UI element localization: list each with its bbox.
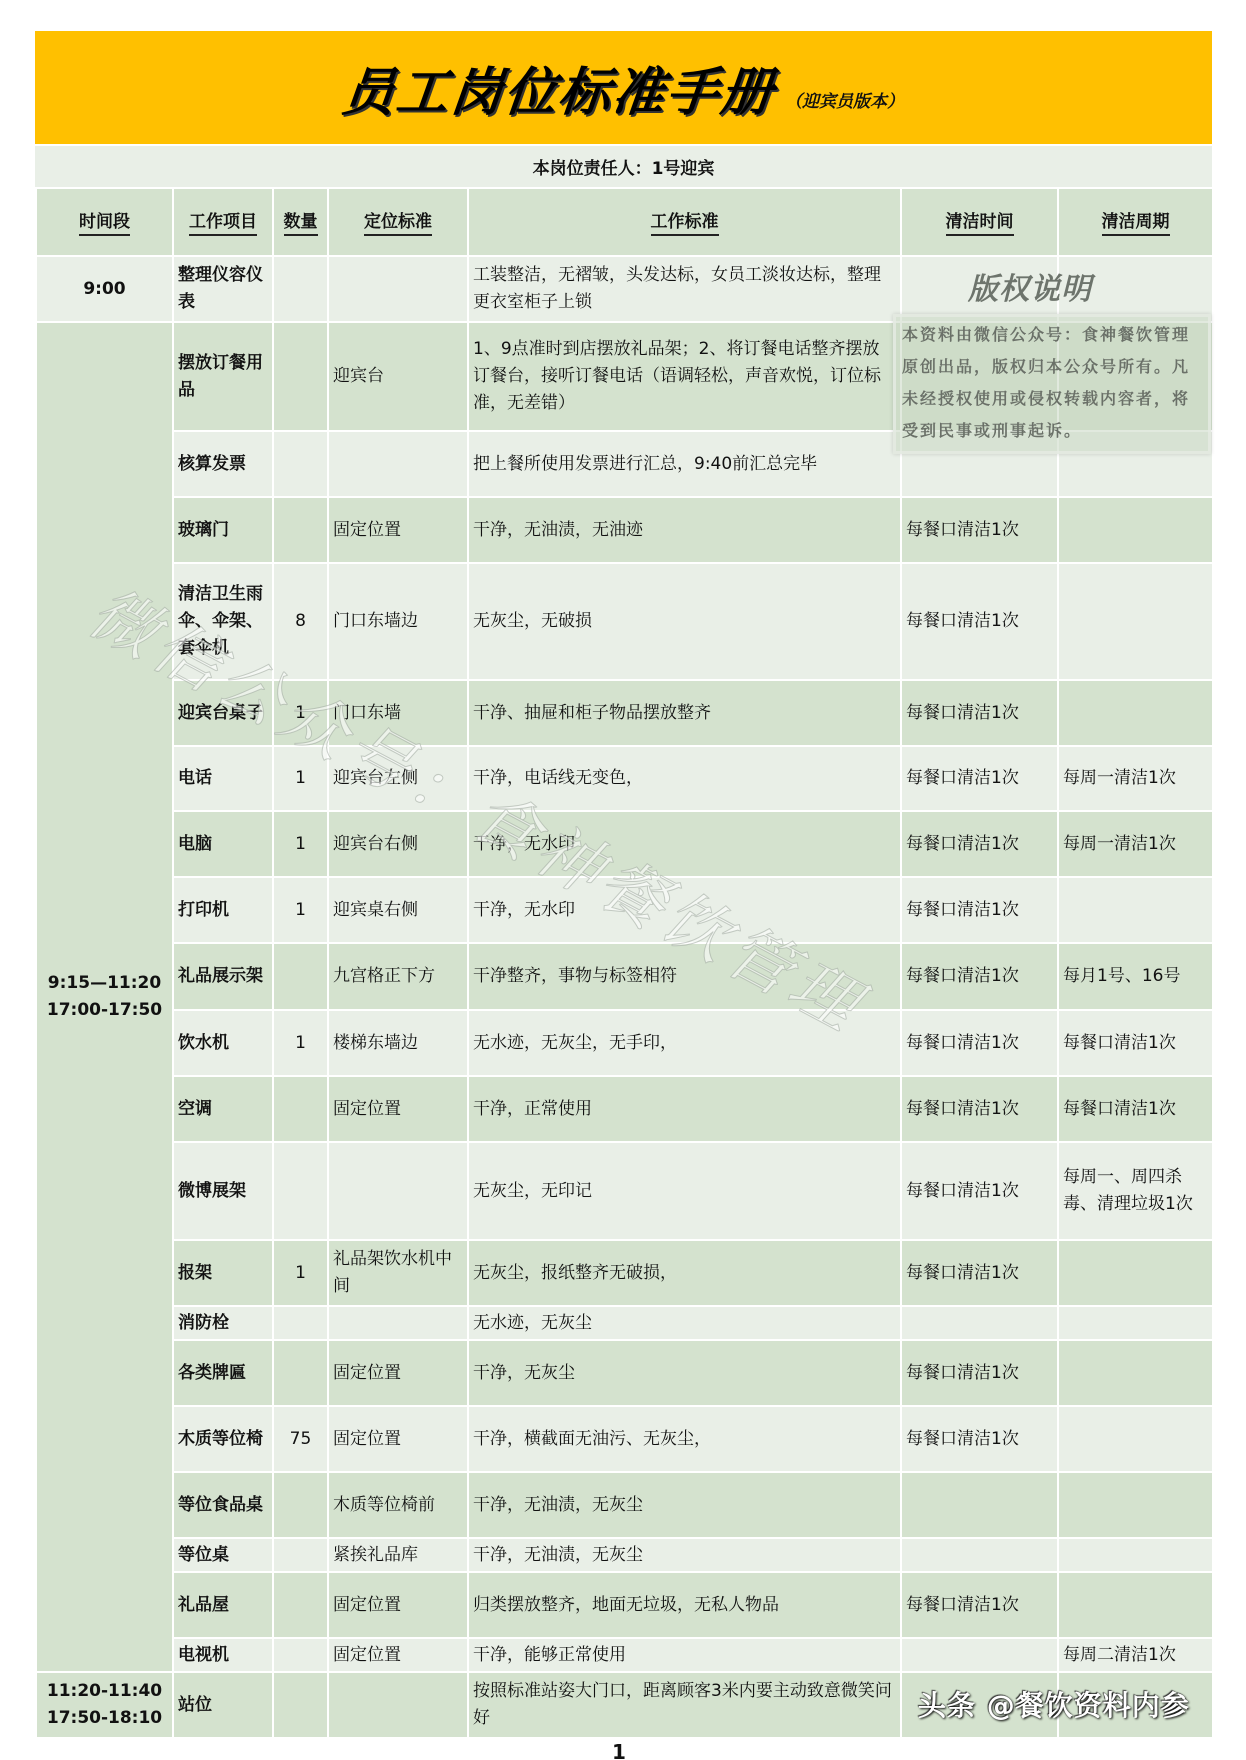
time-slot-cell: 9:00 bbox=[36, 256, 173, 322]
cell-item: 电视机 bbox=[173, 1638, 273, 1672]
cell-clean-cycle: 每周一、周四杀毒、清理垃圾1次 bbox=[1058, 1142, 1213, 1240]
page-title: 员工岗位标准手册 bbox=[339, 50, 779, 125]
cell-qty bbox=[273, 1572, 328, 1638]
cell-position: 固定位置 bbox=[328, 497, 468, 563]
cell-qty bbox=[273, 1340, 328, 1406]
cell-qty bbox=[273, 256, 328, 322]
cell-standard: 干净，无油渍，无灰尘 bbox=[468, 1472, 901, 1538]
cell-item: 报架 bbox=[173, 1240, 273, 1306]
cell-clean-cycle bbox=[1058, 1472, 1213, 1538]
cell-qty bbox=[273, 1538, 328, 1572]
table-row: 报架1礼品架饮水机中间无灰尘，报纸整齐无破损，每餐口清洁1次 bbox=[36, 1240, 1213, 1306]
cell-standard: 干净、抽屉和柜子物品摆放整齐 bbox=[468, 680, 901, 746]
cell-item: 清洁卫生雨伞、伞架、套伞机 bbox=[173, 563, 273, 680]
cell-standard: 工装整洁，无褶皱，头发达标，女员工淡妆达标，整理更衣室柜子上锁 bbox=[468, 256, 901, 322]
cell-clean-cycle bbox=[1058, 1240, 1213, 1306]
table-row: 空调固定位置干净，正常使用每餐口清洁1次每餐口清洁1次 bbox=[36, 1076, 1213, 1142]
cell-clean-cycle: 每周一清洁1次 bbox=[1058, 746, 1213, 811]
table-row: 饮水机1楼梯东墙边无水迹，无灰尘，无手印，每餐口清洁1次每餐口清洁1次 bbox=[36, 1010, 1213, 1076]
cell-clean-cycle: 每周一清洁1次 bbox=[1058, 811, 1213, 877]
cell-clean-time: 每餐口清洁1次 bbox=[901, 1406, 1058, 1472]
cell-position: 礼品架饮水机中间 bbox=[328, 1240, 468, 1306]
cell-qty bbox=[273, 497, 328, 563]
table-row: 微博展架无灰尘，无印记每餐口清洁1次每周一、周四杀毒、清理垃圾1次 bbox=[36, 1142, 1213, 1240]
cell-position: 楼梯东墙边 bbox=[328, 1010, 468, 1076]
cell-clean-cycle: 每餐口清洁1次 bbox=[1058, 1076, 1213, 1142]
table-row: 电话1迎宾台左侧干净，电话线无变色，每餐口清洁1次每周一清洁1次 bbox=[36, 746, 1213, 811]
cell-item: 礼品展示架 bbox=[173, 943, 273, 1010]
cell-item: 摆放订餐用品 bbox=[173, 322, 273, 431]
col-header-time: 时间段 bbox=[36, 188, 173, 256]
cell-clean-cycle: 每周二清洁1次 bbox=[1058, 1638, 1213, 1672]
time-slot-cell: 9:15—11:2017:00-17:50 bbox=[36, 322, 173, 1672]
cell-position bbox=[328, 1142, 468, 1240]
cell-clean-time bbox=[901, 1538, 1058, 1572]
cell-standard: 干净整齐，事物与标签相符 bbox=[468, 943, 901, 1010]
page-number: 1 bbox=[612, 1740, 626, 1760]
cell-position bbox=[328, 1306, 468, 1340]
cell-position: 迎宾台右侧 bbox=[328, 811, 468, 877]
cell-clean-time: 每餐口清洁1次 bbox=[901, 563, 1058, 680]
cell-clean-time bbox=[901, 1638, 1058, 1672]
cell-clean-cycle: 每餐口清洁1次 bbox=[1058, 1010, 1213, 1076]
time-slot-line: 11:20-11:40 bbox=[41, 1678, 168, 1705]
cell-position: 固定位置 bbox=[328, 1340, 468, 1406]
cell-clean-time: 每餐口清洁1次 bbox=[901, 746, 1058, 811]
cell-clean-time: 每餐口清洁1次 bbox=[901, 1340, 1058, 1406]
cell-position: 迎宾台左侧 bbox=[328, 746, 468, 811]
cell-clean-time: 每餐口清洁1次 bbox=[901, 1142, 1058, 1240]
cell-standard: 无灰尘，无印记 bbox=[468, 1142, 901, 1240]
cell-item: 空调 bbox=[173, 1076, 273, 1142]
cell-item: 各类牌匾 bbox=[173, 1340, 273, 1406]
table-row: 电视机固定位置干净，能够正常使用每周二清洁1次 bbox=[36, 1638, 1213, 1672]
cell-position: 固定位置 bbox=[328, 1406, 468, 1472]
time-slot-line: 17:00-17:50 bbox=[41, 997, 168, 1024]
table-row: 各类牌匾固定位置干净，无灰尘每餐口清洁1次 bbox=[36, 1340, 1213, 1406]
cell-qty: 1 bbox=[273, 1240, 328, 1306]
cell-standard: 干净，无灰尘 bbox=[468, 1340, 901, 1406]
cell-clean-cycle bbox=[1058, 497, 1213, 563]
cell-position: 九宫格正下方 bbox=[328, 943, 468, 1010]
cell-item: 电脑 bbox=[173, 811, 273, 877]
cell-standard: 1、9点准时到店摆放礼品架；2、将订餐电话整齐摆放订餐台，接听订餐电话（语调轻松… bbox=[468, 322, 901, 431]
cell-position: 迎宾台 bbox=[328, 322, 468, 431]
time-slot-line: 9:15—11:20 bbox=[41, 970, 168, 997]
cell-position: 迎宾桌右侧 bbox=[328, 877, 468, 943]
cell-item: 站位 bbox=[173, 1672, 273, 1738]
cell-clean-cycle bbox=[1058, 877, 1213, 943]
responsible-person: 本岗位责任人：1号迎宾 bbox=[35, 144, 1212, 187]
cell-position: 固定位置 bbox=[328, 1076, 468, 1142]
toutiao-watermark: 头条 @餐饮资料内参 bbox=[918, 1684, 1190, 1724]
table-row: 等位食品桌木质等位椅前干净，无油渍，无灰尘 bbox=[36, 1472, 1213, 1538]
cell-qty: 1 bbox=[273, 877, 328, 943]
cell-qty bbox=[273, 1306, 328, 1340]
cell-position: 紧挨礼品库 bbox=[328, 1538, 468, 1572]
cell-standard: 干净，无油渍，无油迹 bbox=[468, 497, 901, 563]
table-row: 礼品展示架九宫格正下方干净整齐，事物与标签相符每餐口清洁1次每月1号、16号 bbox=[36, 943, 1213, 1010]
cell-standard: 干净，横截面无油污、无灰尘， bbox=[468, 1406, 901, 1472]
cell-item: 等位桌 bbox=[173, 1538, 273, 1572]
cell-position: 门口东墙边 bbox=[328, 563, 468, 680]
cell-clean-time: 每餐口清洁1次 bbox=[901, 811, 1058, 877]
cell-clean-cycle: 每月1号、16号 bbox=[1058, 943, 1213, 1010]
cell-standard: 归类摆放整齐，地面无垃圾，无私人物品 bbox=[468, 1572, 901, 1638]
copyright-notice: 本资料由微信公众号：食神餐饮管理原创出品，版权归本公众号所有。凡未经授权使用或侵… bbox=[893, 314, 1211, 454]
cell-qty bbox=[273, 1076, 328, 1142]
cell-qty: 8 bbox=[273, 563, 328, 680]
cell-qty bbox=[273, 431, 328, 497]
table-row: 木质等位椅75固定位置干净，横截面无油污、无灰尘，每餐口清洁1次 bbox=[36, 1406, 1213, 1472]
table-row: 迎宾台桌子1门口东墙干净、抽屉和柜子物品摆放整齐每餐口清洁1次 bbox=[36, 680, 1213, 746]
cell-item: 木质等位椅 bbox=[173, 1406, 273, 1472]
copyright-title: 版权说明 bbox=[968, 264, 1092, 308]
cell-clean-time: 每餐口清洁1次 bbox=[901, 497, 1058, 563]
title-band: 员工岗位标准手册 （迎宾员版本） bbox=[35, 31, 1212, 144]
cell-qty bbox=[273, 1672, 328, 1738]
cell-item: 饮水机 bbox=[173, 1010, 273, 1076]
time-slot-cell: 11:20-11:4017:50-18:10 bbox=[36, 1672, 173, 1738]
cell-qty bbox=[273, 322, 328, 431]
page-subtitle: （迎宾员版本） bbox=[785, 87, 904, 112]
cell-clean-cycle bbox=[1058, 1340, 1213, 1406]
cell-position bbox=[328, 256, 468, 322]
col-header-standard: 工作标准 bbox=[468, 188, 901, 256]
cell-clean-cycle bbox=[1058, 563, 1213, 680]
cell-clean-cycle bbox=[1058, 1406, 1213, 1472]
cell-item: 礼品屋 bbox=[173, 1572, 273, 1638]
cell-clean-cycle bbox=[1058, 1306, 1213, 1340]
cell-standard: 按照标准站姿大门口，距离顾客3米内要主动致意微笑问好 bbox=[468, 1672, 901, 1738]
col-header-clean-cycle: 清洁周期 bbox=[1058, 188, 1213, 256]
table-row: 打印机1迎宾桌右侧干净，无水印每餐口清洁1次 bbox=[36, 877, 1213, 943]
cell-item: 迎宾台桌子 bbox=[173, 680, 273, 746]
cell-qty: 1 bbox=[273, 680, 328, 746]
cell-item: 微博展架 bbox=[173, 1142, 273, 1240]
cell-clean-time: 每餐口清洁1次 bbox=[901, 877, 1058, 943]
table-header-row: 时间段 工作项目 数量 定位标准 工作标准 清洁时间 清洁周期 bbox=[36, 188, 1213, 256]
cell-qty: 1 bbox=[273, 1010, 328, 1076]
cell-position: 门口东墙 bbox=[328, 680, 468, 746]
cell-item: 玻璃门 bbox=[173, 497, 273, 563]
cell-clean-time: 每餐口清洁1次 bbox=[901, 1010, 1058, 1076]
table-row: 清洁卫生雨伞、伞架、套伞机8门口东墙边无灰尘，无破损每餐口清洁1次 bbox=[36, 563, 1213, 680]
cell-clean-cycle bbox=[1058, 680, 1213, 746]
cell-standard: 无灰尘，无破损 bbox=[468, 563, 901, 680]
table-row: 等位桌紧挨礼品库干净，无油渍，无灰尘 bbox=[36, 1538, 1213, 1572]
cell-standard: 干净，电话线无变色， bbox=[468, 746, 901, 811]
cell-qty bbox=[273, 943, 328, 1010]
cell-clean-cycle bbox=[1058, 1538, 1213, 1572]
cell-qty: 75 bbox=[273, 1406, 328, 1472]
cell-standard: 无水迹，无灰尘，无手印， bbox=[468, 1010, 901, 1076]
cell-position: 固定位置 bbox=[328, 1638, 468, 1672]
time-slot-line: 17:50-18:10 bbox=[41, 1705, 168, 1732]
cell-item: 消防栓 bbox=[173, 1306, 273, 1340]
cell-qty bbox=[273, 1472, 328, 1538]
cell-item: 电话 bbox=[173, 746, 273, 811]
cell-standard: 无水迹，无灰尘 bbox=[468, 1306, 901, 1340]
cell-position bbox=[328, 1672, 468, 1738]
cell-clean-cycle bbox=[1058, 1572, 1213, 1638]
table-row: 礼品屋固定位置归类摆放整齐，地面无垃圾，无私人物品每餐口清洁1次 bbox=[36, 1572, 1213, 1638]
cell-clean-time bbox=[901, 1306, 1058, 1340]
cell-standard: 干净，正常使用 bbox=[468, 1076, 901, 1142]
cell-position: 木质等位椅前 bbox=[328, 1472, 468, 1538]
cell-qty: 1 bbox=[273, 746, 328, 811]
cell-qty: 1 bbox=[273, 811, 328, 877]
cell-item: 打印机 bbox=[173, 877, 273, 943]
col-header-item: 工作项目 bbox=[173, 188, 273, 256]
table-row: 电脑1迎宾台右侧干净，无水印每餐口清洁1次每周一清洁1次 bbox=[36, 811, 1213, 877]
cell-qty bbox=[273, 1638, 328, 1672]
cell-clean-time bbox=[901, 1472, 1058, 1538]
cell-standard: 干净，无油渍，无灰尘 bbox=[468, 1538, 901, 1572]
cell-item: 核算发票 bbox=[173, 431, 273, 497]
col-header-qty: 数量 bbox=[273, 188, 328, 256]
cell-position: 固定位置 bbox=[328, 1572, 468, 1638]
col-header-clean-time: 清洁时间 bbox=[901, 188, 1058, 256]
table-row: 消防栓无水迹，无灰尘 bbox=[36, 1306, 1213, 1340]
cell-position bbox=[328, 431, 468, 497]
cell-standard: 把上餐所使用发票进行汇总，9:40前汇总完毕 bbox=[468, 431, 901, 497]
cell-standard: 无灰尘，报纸整齐无破损， bbox=[468, 1240, 901, 1306]
cell-qty bbox=[273, 1142, 328, 1240]
cell-clean-time: 每餐口清洁1次 bbox=[901, 1572, 1058, 1638]
cell-standard: 干净，无水印 bbox=[468, 811, 901, 877]
col-header-position: 定位标准 bbox=[328, 188, 468, 256]
table-row: 玻璃门固定位置干净，无油渍，无油迹每餐口清洁1次 bbox=[36, 497, 1213, 563]
cell-item: 整理仪容仪表 bbox=[173, 256, 273, 322]
cell-standard: 干净，能够正常使用 bbox=[468, 1638, 901, 1672]
cell-clean-time: 每餐口清洁1次 bbox=[901, 943, 1058, 1010]
cell-standard: 干净，无水印 bbox=[468, 877, 901, 943]
cell-item: 等位食品桌 bbox=[173, 1472, 273, 1538]
cell-clean-time: 每餐口清洁1次 bbox=[901, 1240, 1058, 1306]
cell-clean-time: 每餐口清洁1次 bbox=[901, 1076, 1058, 1142]
cell-clean-time: 每餐口清洁1次 bbox=[901, 680, 1058, 746]
